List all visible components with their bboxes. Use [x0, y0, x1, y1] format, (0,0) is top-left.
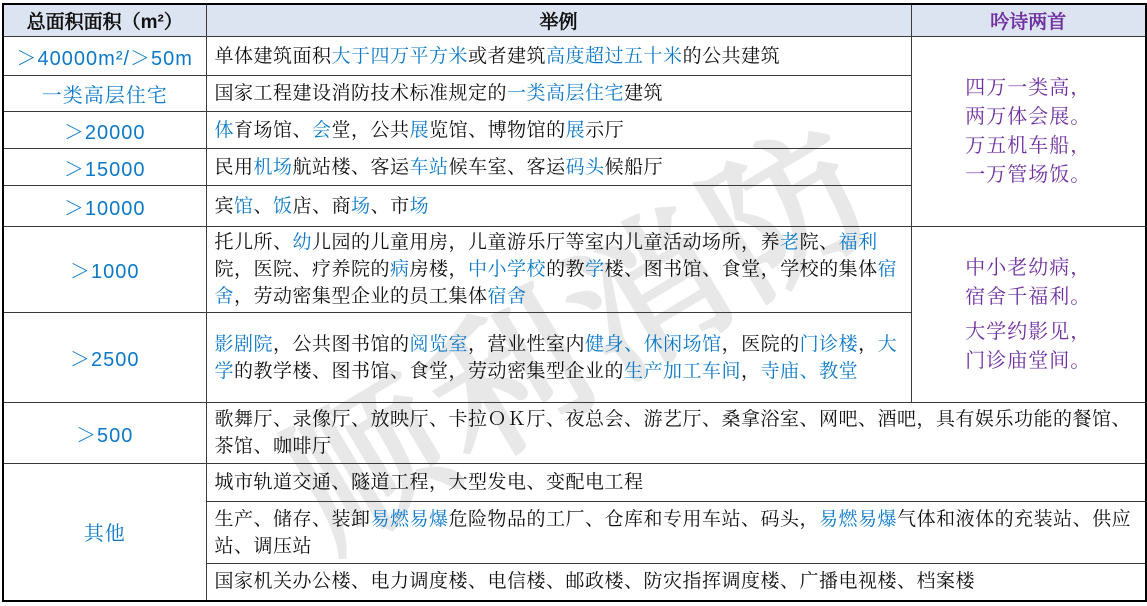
example-cell: 托儿所、幼儿园的儿童用房，儿童游乐厅等室内儿童活动场所，养老院、福利院，医院、疗… — [206, 227, 911, 313]
highlighted-text: 车站 — [410, 157, 449, 178]
example-cell: 生产、储存、装卸易燃易爆危险物品的工厂、仓库和专用车站、码头，易燃易爆气体和液体… — [206, 502, 1146, 564]
area-cell: 一类高层住宅 — [3, 76, 206, 112]
table-row: 其他 城市轨道交通、隧道工程，大型发电、变配电工程 — [3, 464, 1146, 502]
highlighted-text: 场 — [410, 196, 430, 217]
poem-line: 门诊庙堂间。 — [913, 347, 1145, 376]
poem-line: 万五机车船， — [913, 132, 1145, 161]
plain-text: 城市轨道交通、隧道工程，大型发电、变配电工程 — [215, 472, 644, 493]
header-poems: 吟诗两首 — [911, 4, 1146, 37]
highlighted-text: 福利 — [839, 232, 878, 253]
area-cell: ＞20000 — [3, 112, 206, 149]
highlighted-text: 宿舍 — [488, 286, 527, 307]
highlighted-text: 健身、休闲场馆 — [585, 334, 722, 355]
highlighted-text: 病 — [390, 259, 410, 280]
poem-line: 两万体会展。 — [913, 103, 1145, 132]
example-cell: 单体建筑面积大于四万平方米或者建筑高度超过五十米的公共建筑 — [206, 37, 911, 76]
plain-text: 托儿所、 — [215, 232, 293, 253]
plain-text: 的教 — [546, 259, 585, 280]
poem-line: 四万一类高， — [913, 74, 1145, 103]
example-cell: 体育场馆、会堂，公共展览馆、博物馆的展示厅 — [206, 112, 911, 149]
poem-cell-second: 中小老幼病， 宿舍千福利。 大学约影见， 门诊庙堂间。 — [911, 227, 1146, 403]
highlighted-text: 一类高层住宅 — [507, 83, 624, 104]
highlighted-text: 寺庙、教堂 — [761, 361, 859, 382]
plain-text: 的教学楼、图书馆、食堂，劳动密集型企业的 — [234, 361, 624, 382]
table-row: ＞1000 托儿所、幼儿园的儿童用房，儿童游乐厅等室内儿童活动场所，养老院、福利… — [3, 227, 1146, 313]
example-cell: 国家工程建设消防技术标准规定的一类高层住宅建筑 — [206, 76, 911, 112]
example-cell: 歌舞厅、录像厅、放映厅、卡拉ＯＫ厅、夜总会、游艺厅、桑拿浴室、网吧、酒吧，具有娱… — [206, 403, 1146, 464]
plain-text: 或者建筑 — [468, 46, 546, 67]
header-area: 总面积面积（m²） — [3, 4, 206, 37]
poem-line: 中小老幼病， — [913, 254, 1145, 283]
plain-text: 国家工程建设消防技术标准规定的 — [215, 83, 508, 104]
plain-text: 示厅 — [585, 120, 624, 141]
plain-text: ，营业性室内 — [468, 334, 585, 355]
table-row: ＞500 歌舞厅、录像厅、放映厅、卡拉ＯＫ厅、夜总会、游艺厅、桑拿浴室、网吧、酒… — [3, 403, 1146, 464]
plain-text: ，劳动密集型企业的员工集体 — [234, 286, 488, 307]
area-cell: ＞10000 — [3, 186, 206, 227]
highlighted-text: 码头 — [566, 157, 605, 178]
example-cell: 国家机关办公楼、电力调度楼、电信楼、邮政楼、防灾指挥调度楼、广播电视楼、档案楼 — [206, 564, 1146, 601]
plain-text: 民用 — [215, 157, 254, 178]
plain-text: 、 — [254, 196, 274, 217]
plain-text: ，医院的 — [722, 334, 800, 355]
area-cell-other: 其他 — [3, 464, 206, 601]
highlighted-text: 中小学校 — [468, 259, 546, 280]
plain-text: 航站楼、客运 — [293, 157, 410, 178]
example-cell: 影剧院，公共图书馆的阅览室，营业性室内健身、休闲场馆，医院的门诊楼，大学的教学楼… — [206, 313, 911, 403]
plain-text: ，公共图书馆的 — [273, 334, 410, 355]
highlighted-text: 大于四万平方米 — [332, 46, 469, 67]
poem-stanza: 大学约影见， 门诊庙堂间。 — [913, 318, 1145, 376]
highlighted-text: 易燃易爆 — [371, 509, 449, 530]
plain-text: 国家机关办公楼、电力调度楼、电信楼、邮政楼、防灾指挥调度楼、广播电视楼、档案楼 — [215, 571, 976, 592]
poem-line: 一万管场饭。 — [913, 161, 1145, 190]
highlighted-text: 阅览室 — [410, 334, 469, 355]
poem-line: 宿舍千福利。 — [913, 283, 1145, 312]
highlighted-text: 易燃易爆 — [819, 509, 897, 530]
highlighted-text: 展 — [566, 120, 586, 141]
plain-text: 单体建筑面积 — [215, 46, 332, 67]
area-cell: ＞2500 — [3, 313, 206, 403]
plain-text: 歌舞厅、录像厅、放映厅、卡拉ＯＫ厅、夜总会、游艺厅、桑拿浴室、网吧、酒吧，具有娱… — [215, 409, 1132, 457]
plain-text: ， — [858, 334, 878, 355]
example-cell: 宾馆、饭店、商场、市场 — [206, 186, 911, 227]
highlighted-text: 学 — [585, 259, 605, 280]
poem-line: 大学约影见， — [913, 318, 1145, 347]
plain-text: 览馆、博物馆的 — [429, 120, 566, 141]
area-cell: ＞40000m²/＞50m — [3, 37, 206, 76]
plain-text: 候车室、客运 — [449, 157, 566, 178]
highlighted-text: 体 — [215, 120, 235, 141]
area-cell: ＞1000 — [3, 227, 206, 313]
plain-text: 宾 — [215, 196, 235, 217]
plain-text: 院，医院、疗养院的 — [215, 259, 391, 280]
highlighted-text: 幼 — [293, 232, 313, 253]
highlighted-text: 高度超过五十米 — [546, 46, 683, 67]
highlighted-text: 门诊楼 — [800, 334, 859, 355]
plain-text: 、市 — [371, 196, 410, 217]
area-cell: ＞15000 — [3, 149, 206, 186]
page: 顺利消防 总面积面积（m²） 举例 吟诗两首 ＞40000m²/＞50m 单体建… — [0, 0, 1147, 606]
header-row: 总面积面积（m²） 举例 吟诗两首 — [3, 4, 1146, 37]
highlighted-text: 生产加工车间 — [624, 361, 741, 382]
plain-text: 的公共建筑 — [683, 46, 781, 67]
example-cell: 城市轨道交通、隧道工程，大型发电、变配电工程 — [206, 464, 1146, 502]
poem-cell-first: 四万一类高， 两万体会展。 万五机车船， 一万管场饭。 — [911, 37, 1146, 227]
highlighted-text: 机场 — [254, 157, 293, 178]
header-examples: 举例 — [206, 4, 911, 37]
plain-text: 楼、图书馆、食堂，学校的集体 — [605, 259, 878, 280]
highlighted-text: 馆 — [234, 196, 254, 217]
area-classification-table: 总面积面积（m²） 举例 吟诗两首 ＞40000m²/＞50m 单体建筑面积大于… — [2, 3, 1147, 602]
example-cell: 民用机场航站楼、客运车站候车室、客运码头候船厅 — [206, 149, 911, 186]
plain-text: 候船厅 — [605, 157, 664, 178]
highlighted-text: 饭 — [273, 196, 293, 217]
highlighted-text: 影剧院 — [215, 334, 274, 355]
area-cell: ＞500 — [3, 403, 206, 464]
table-row: ＞40000m²/＞50m 单体建筑面积大于四万平方米或者建筑高度超过五十米的公… — [3, 37, 1146, 76]
plain-text: 儿园的儿童用房，儿童游乐厅等室内儿童活动场所，养 — [312, 232, 780, 253]
poem-stanza: 中小老幼病， 宿舍千福利。 — [913, 254, 1145, 312]
plain-text: 危险物品的工厂、仓库和专用车站、码头， — [449, 509, 820, 530]
highlighted-text: 展 — [410, 120, 430, 141]
plain-text: 生产、储存、装卸 — [215, 509, 371, 530]
highlighted-text: 场 — [351, 196, 371, 217]
plain-text: 建筑 — [624, 83, 663, 104]
plain-text: ， — [741, 361, 761, 382]
plain-text: 育场馆、 — [234, 120, 312, 141]
plain-text: 院、 — [800, 232, 839, 253]
highlighted-text: 会 — [312, 120, 332, 141]
plain-text: 店、商 — [293, 196, 352, 217]
plain-text: 房楼， — [410, 259, 469, 280]
highlighted-text: 老 — [780, 232, 800, 253]
plain-text: 堂，公共 — [332, 120, 410, 141]
